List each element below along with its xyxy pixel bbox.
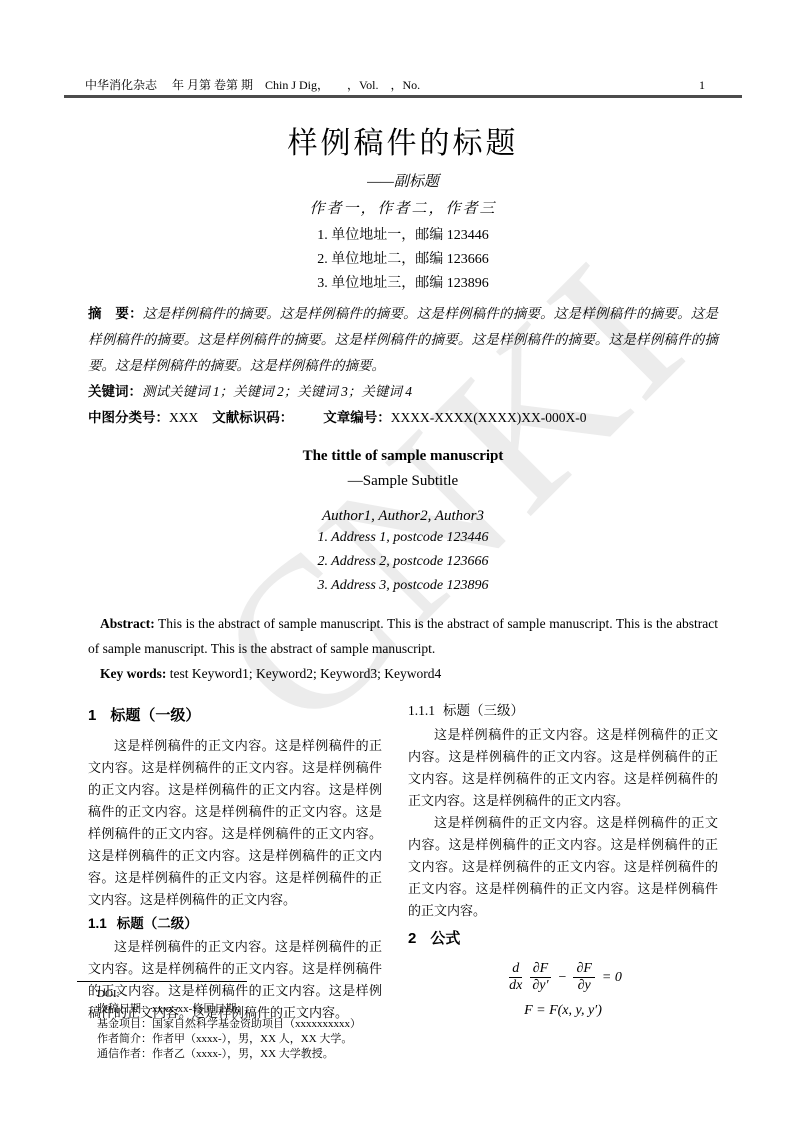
- heading-level2: 1.1 标题（二级）: [88, 915, 382, 933]
- en-subtitle: —Sample Subtitle: [88, 471, 718, 491]
- cn-affiliation-3: 3. 单位地址三，邮编 123896: [88, 272, 718, 296]
- cn-title: 样例稿件的标题: [88, 126, 718, 162]
- en-keywords-line: Key words: test Keyword1; Keyword2; Keyw…: [88, 661, 718, 686]
- footnote-corresponding-author: 通信作者：作者乙（xxxx-），男，XX 大学教授。: [97, 1047, 361, 1062]
- heading-level3-number: 1.1.1: [408, 702, 435, 720]
- en-keywords-text: test Keyword1; Keyword2; Keyword3; Keywo…: [166, 666, 441, 681]
- body-paragraph: 这是样例稿件的正文内容。这是样例稿件的正文内容。这是样例稿件的正文内容。这是样例…: [408, 724, 718, 812]
- footnote-lines: DOI: 收稿日期：xxxx-xx-修回日期： 基金项目：国家自然科学基金资助项…: [77, 987, 361, 1062]
- fraction-denominator: ∂y′: [529, 978, 551, 994]
- fraction-numerator: d: [509, 961, 522, 978]
- two-column-body: 1 标题（一级） 这是样例稿件的正文内容。这是样例稿件的正文内容。这是样例稿件的…: [88, 699, 718, 1024]
- body-paragraph: 这是样例稿件的正文内容。这是样例稿件的正文内容。这是样例稿件的正文内容。这是样例…: [88, 735, 382, 911]
- header-rule: [64, 95, 742, 98]
- footnote-received-date: 收稿日期：xxxx-xx-修回日期：: [97, 1002, 361, 1017]
- article-id-value: XXXX-XXXX(XXXX)XX-000X-0: [391, 410, 587, 425]
- heading-formula-text: 公式: [430, 929, 460, 949]
- cn-affiliation-1: 1. 单位地址一，邮编 123446: [88, 224, 718, 248]
- footnote-doi: DOI:: [97, 987, 361, 1002]
- cn-subtitle: ——副标题: [88, 172, 718, 192]
- right-column: 1.1.1 标题（三级） 这是样例稿件的正文内容。这是样例稿件的正文内容。这是样…: [408, 699, 718, 1024]
- cn-abstract-text: 这是样例稿件的摘要。这是样例稿件的摘要。这是样例稿件的摘要。这是样例稿件的摘要。…: [88, 306, 718, 373]
- heading-level3-text: 标题（三级）: [443, 702, 524, 720]
- doc-code-label: 文献标识码：: [212, 410, 293, 425]
- euler-lagrange-formula: d dx ∂F ∂y′ − ∂F ∂y = 0: [408, 961, 718, 994]
- fraction-numerator: ∂F: [530, 961, 551, 978]
- body-paragraph: 这是样例稿件的正文内容。这是样例稿件的正文内容。这是样例稿件的正文内容。这是样例…: [408, 812, 718, 922]
- en-affiliation-3: 3. Address 3, postcode 123896: [88, 574, 718, 598]
- heading-level2-number: 1.1: [88, 915, 107, 933]
- article-id-label: 文章编号：: [323, 410, 391, 425]
- cn-abstract: 摘 要：这是样例稿件的摘要。这是样例稿件的摘要。这是样例稿件的摘要。这是样例稿件…: [88, 301, 718, 379]
- heading-level2-text: 标题（二级）: [117, 915, 198, 933]
- footnote-funding: 基金项目：国家自然科学基金资助项目（xxxxxxxxxx）: [97, 1017, 361, 1032]
- cn-affiliation-2: 2. 单位地址二，邮编 123666: [88, 248, 718, 272]
- en-authors: Author1, Author2, Author3: [88, 506, 718, 526]
- cn-abstract-label: 摘 要：: [88, 306, 143, 321]
- left-column: 1 标题（一级） 这是样例稿件的正文内容。这是样例稿件的正文内容。这是样例稿件的…: [88, 699, 382, 1024]
- en-abstract-label: Abstract:: [100, 616, 155, 631]
- en-affiliation-2: 2. Address 2, postcode 123666: [88, 550, 718, 574]
- function-definition-formula: F = F(x, y, y′): [408, 1003, 718, 1019]
- fraction-denominator: ∂y: [575, 978, 594, 994]
- fraction-denominator: dx: [506, 978, 525, 994]
- cn-authors: 作者一，作者二，作者三: [88, 199, 718, 219]
- heading-level1: 1 标题（一级）: [88, 706, 382, 726]
- manuscript-page: CNKI 中华消化杂志 年 月第 卷第 期 Chin J Dig， ，Vol. …: [0, 0, 794, 1123]
- fraction-dF-dyprime: ∂F ∂y′: [529, 961, 551, 994]
- footnote-block: DOI: 收稿日期：xxxx-xx-修回日期： 基金项目：国家自然科学基金资助项…: [77, 981, 361, 1062]
- cn-meta-line: 中图分类号：XXX文献标识码：文章编号：XXXX-XXXX(XXXX)XX-00…: [88, 405, 718, 431]
- journal-header-line: 中华消化杂志 年 月第 卷第 期 Chin J Dig， ，Vol. ，No.: [85, 78, 420, 92]
- fraction-dF-dy: ∂F ∂y: [573, 961, 594, 994]
- heading-level3: 1.1.1 标题（三级）: [408, 702, 718, 720]
- heading-level1-number: 1: [88, 706, 96, 726]
- en-keywords-label: Key words:: [100, 666, 166, 681]
- fraction-d-dx: d dx: [506, 961, 525, 994]
- en-abstract-text: This is the abstract of sample manuscrip…: [88, 616, 718, 656]
- en-affiliation-1: 1. Address 1, postcode 123446: [88, 526, 718, 550]
- heading-formula-section: 2 公式: [408, 929, 718, 949]
- equals-zero: = 0: [602, 970, 622, 986]
- footnote-author-bio: 作者简介：作者甲（xxxx-），男，XX 人，XX 大学。: [97, 1032, 361, 1047]
- heading-formula-number: 2: [408, 929, 416, 949]
- cn-keywords-label: 关键词：: [88, 384, 142, 399]
- clc-label: 中图分类号：: [88, 410, 169, 425]
- cn-keywords-line: 关键词：测试关键词 1；关键词 2；关键词 3；关键词 4: [88, 379, 718, 405]
- cn-keywords-text: 测试关键词 1；关键词 2；关键词 3；关键词 4: [142, 384, 412, 399]
- footnote-separator: [77, 981, 247, 982]
- page-header: 中华消化杂志 年 月第 卷第 期 Chin J Dig， ，Vol. ，No. …: [85, 78, 705, 92]
- en-abstract: Abstract: This is the abstract of sample…: [88, 611, 718, 661]
- page-content: 样例稿件的标题 ——副标题 作者一，作者二，作者三 1. 单位地址一，邮编 12…: [88, 112, 718, 1024]
- page-number: 1: [699, 78, 705, 92]
- fraction-numerator: ∂F: [573, 961, 594, 978]
- minus-operator: −: [559, 970, 567, 986]
- clc-value: XXX: [169, 410, 198, 425]
- heading-level1-text: 标题（一级）: [110, 706, 200, 726]
- en-title: The tittle of sample manuscript: [88, 446, 718, 466]
